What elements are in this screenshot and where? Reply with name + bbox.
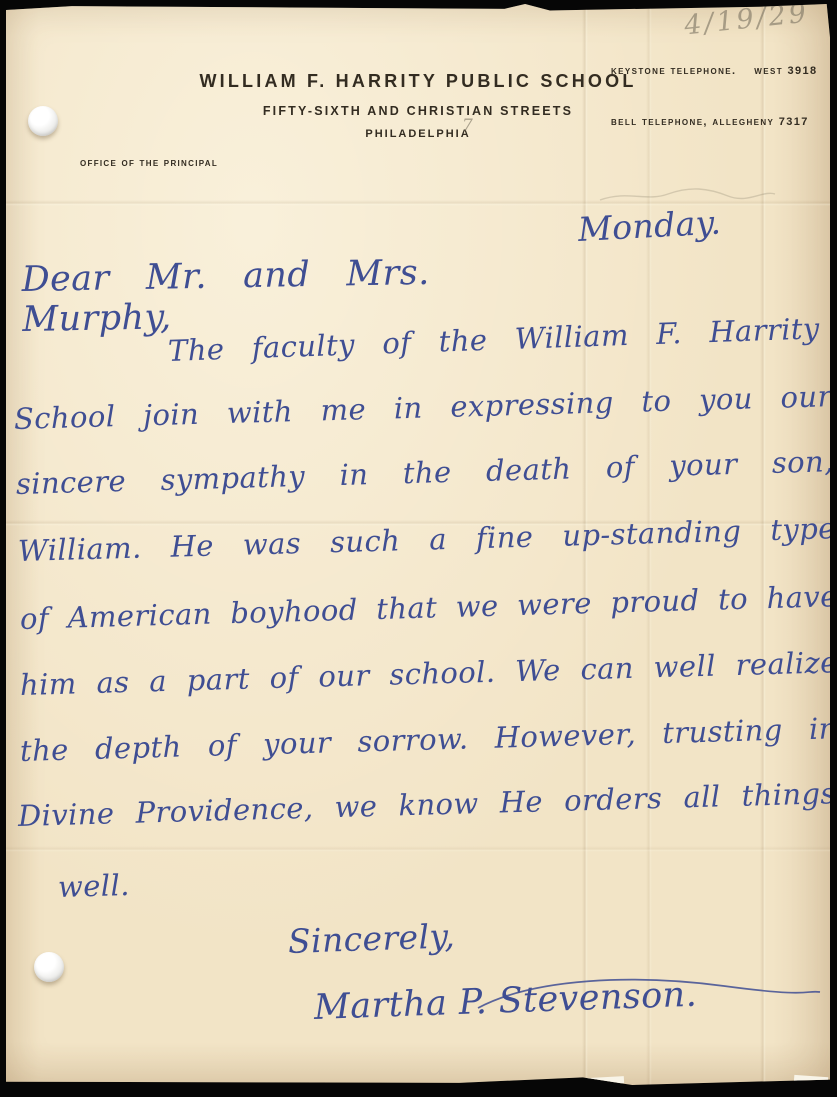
letter-paper: Keystone Telephone. West 3918 Bell Telep… bbox=[6, 4, 830, 1085]
body-line: School join with me in expressing to you… bbox=[14, 379, 833, 436]
closing: Sincerely, bbox=[287, 916, 455, 961]
signature: Martha P. Stevenson. bbox=[313, 975, 697, 1028]
letterhead-office-line: Office of the Principal bbox=[80, 157, 218, 169]
scanned-letter: Keystone Telephone. West 3918 Bell Telep… bbox=[0, 0, 837, 1097]
fold-crease-horizontal bbox=[6, 846, 830, 852]
pencil-mark: 7 bbox=[462, 116, 473, 136]
body-line: William. He was such a fine up-standing … bbox=[18, 511, 837, 568]
body-line: of American boyhood that we were proud t… bbox=[20, 579, 837, 636]
punch-hole bbox=[34, 952, 64, 982]
body-line: Divine Providence, we know He orders all… bbox=[18, 776, 837, 833]
paper-tear bbox=[794, 1075, 829, 1086]
body-line: well. bbox=[58, 868, 131, 904]
letterhead-city: PHILADELPHIA bbox=[6, 128, 830, 140]
body-line: the depth of your sorrow. However, trust… bbox=[20, 711, 837, 768]
handwritten-date: Monday. bbox=[577, 203, 722, 249]
body-line: him as a part of our school. We can well… bbox=[20, 645, 837, 702]
letterhead-address: FIFTY-SIXTH AND CHRISTIAN STREETS bbox=[6, 104, 830, 118]
letterhead-phone-numbers: Keystone Telephone. West 3918 Bell Telep… bbox=[611, 29, 818, 165]
letterhead-school-name: WILLIAM F. HARRITY PUBLIC SCHOOL bbox=[6, 71, 830, 92]
paper-tear bbox=[554, 1076, 624, 1087]
body-line: sincere sympathy in the death of your so… bbox=[16, 444, 835, 501]
